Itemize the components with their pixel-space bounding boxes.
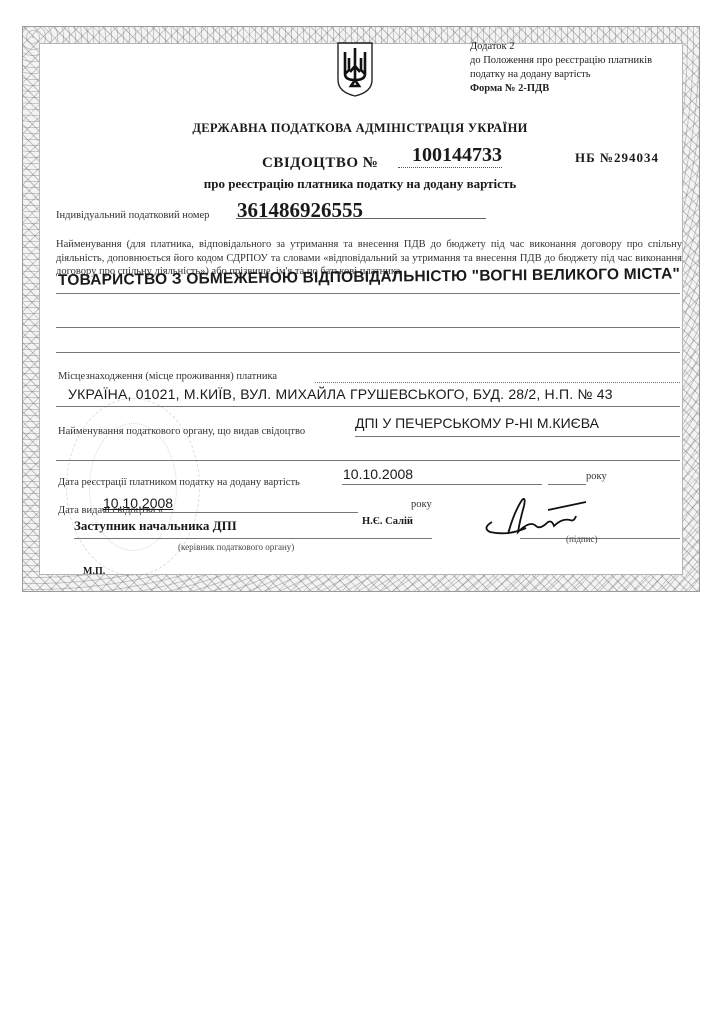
issue-year-suffix: року xyxy=(411,499,432,510)
signature-hint: (підпис) xyxy=(566,534,598,544)
tax-office-value: ДПІ У ПЕЧЕРСЬКОМУ Р-НІ М.КИЄВА xyxy=(355,415,599,431)
ipn-value: 361486926555 xyxy=(237,198,363,223)
address-label: Місцезнаходження (місце проживання) плат… xyxy=(58,371,277,382)
certificate-number-line xyxy=(398,167,502,168)
issue-date-value: 10.10.2008 xyxy=(103,495,173,511)
appendix-line-3: податку на додану вартість xyxy=(470,68,652,82)
blank-series-number: НБ №294034 xyxy=(575,150,659,166)
address-label-line xyxy=(315,382,680,383)
certificate-label: СВІДОЦТВО № xyxy=(262,155,378,172)
tryzub-icon xyxy=(335,40,375,98)
issue-date-line xyxy=(103,512,358,513)
form-number: Форма № 2-ПДВ xyxy=(470,82,652,96)
registration-date-label: Дата реєстрації платником податку на дод… xyxy=(58,477,300,488)
certificate-subtitle: про реєстрацію платника податку на додан… xyxy=(0,176,720,192)
signature-line xyxy=(520,538,680,539)
appendix-line-1: Додаток 2 xyxy=(470,40,652,54)
certificate-number: 100144733 xyxy=(412,144,502,167)
authority-title: ДЕРЖАВНА ПОДАТКОВА АДМІНІСТРАЦІЯ УКРАЇНИ xyxy=(0,121,720,136)
ipn-label: Індивідуальний податковий номер xyxy=(56,210,209,221)
registration-date-value: 10.10.2008 xyxy=(343,466,413,482)
divider-line xyxy=(56,352,680,353)
divider-line xyxy=(56,293,680,294)
position-hint: (керівник податкового органу) xyxy=(178,542,294,552)
appendix-note: Додаток 2 до Положення про реєстрацію пл… xyxy=(470,40,652,96)
tax-office-line xyxy=(355,436,680,437)
registration-year-line xyxy=(548,484,586,485)
official-line xyxy=(74,538,432,539)
official-position: Заступник начальника ДПІ xyxy=(74,518,237,534)
seal-mark: М.П. xyxy=(83,566,105,577)
registration-date-line xyxy=(342,484,542,485)
registration-year-suffix: року xyxy=(586,471,607,482)
appendix-line-2: до Положення про реєстрацію платників xyxy=(470,54,652,68)
divider-line xyxy=(56,327,680,328)
address-value: УКРАЇНА, 01021, М.КИЇВ, ВУЛ. МИХАЙЛА ГРУ… xyxy=(68,386,613,402)
official-name: Н.Є. Салій xyxy=(362,516,413,527)
